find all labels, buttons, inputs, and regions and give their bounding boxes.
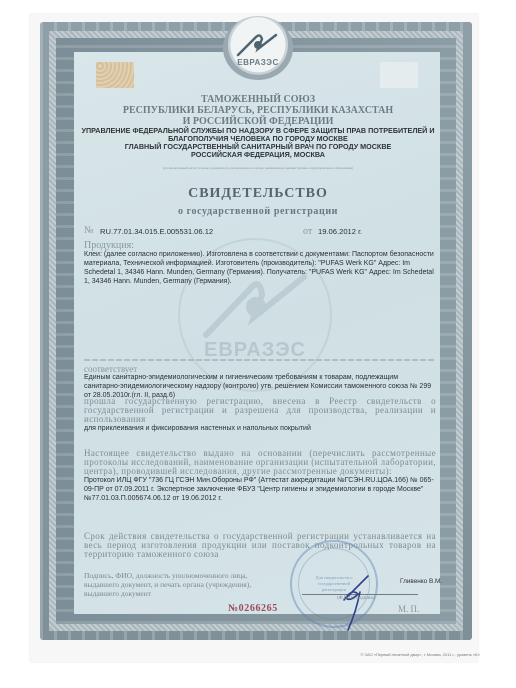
signature-caption: (Ф.И.О., подпись) [337,596,375,601]
date-label: от [303,226,312,237]
basis-label: Настоящее свидетельство выдано на основа… [84,449,436,476]
document-subtitle: о государственной регистрации [80,206,436,217]
signatory-name: Гливенко В.М. [400,578,442,585]
usage-text: для приклеивания и фиксирования настенны… [84,424,436,433]
header-union-line-2: РЕСПУБЛИКИ БЕЛАРУСЬ, РЕСПУБЛИКИ КАЗАХСТА… [80,106,436,116]
handwritten-signature [330,572,380,632]
number-label: № [84,225,94,236]
printer-credit: © ЗАО «Первый печатный двор», г. Москва,… [320,652,480,657]
registration-date: 19.06.2012 г. [318,227,362,236]
product-text: Клеи: (далее согласно приложению). Изгот… [84,250,436,286]
header-union-line-1: ТАМОЖЕННЫЙ СОЮЗ [80,95,436,105]
registration-statement: прошла государственную регистрацию, внес… [84,397,436,424]
seal-label: М. П. [398,604,419,614]
separator-line [84,359,436,361]
basis-text: Протокол ИЛЦ ФГУ "736 ГЦ ГСЭН Мин.Оборон… [84,476,436,503]
registration-number: RU.77.01.34.015.E.005531.06.12 [100,227,213,236]
serial-number: №0266265 [228,603,278,614]
document-title: СВИДЕТЕЛЬСТВО [80,186,436,202]
header-authority-line-4: РОССИЙСКАЯ ФЕДЕРАЦИЯ, МОСКВА [80,151,436,159]
authority-note: (уполномоченный орган Стороны, руководит… [110,166,406,170]
signature-label: Подпись, ФИО, должность уполномоченного … [84,571,284,598]
validity-text: Срок действия свидетельства о государств… [84,532,436,559]
